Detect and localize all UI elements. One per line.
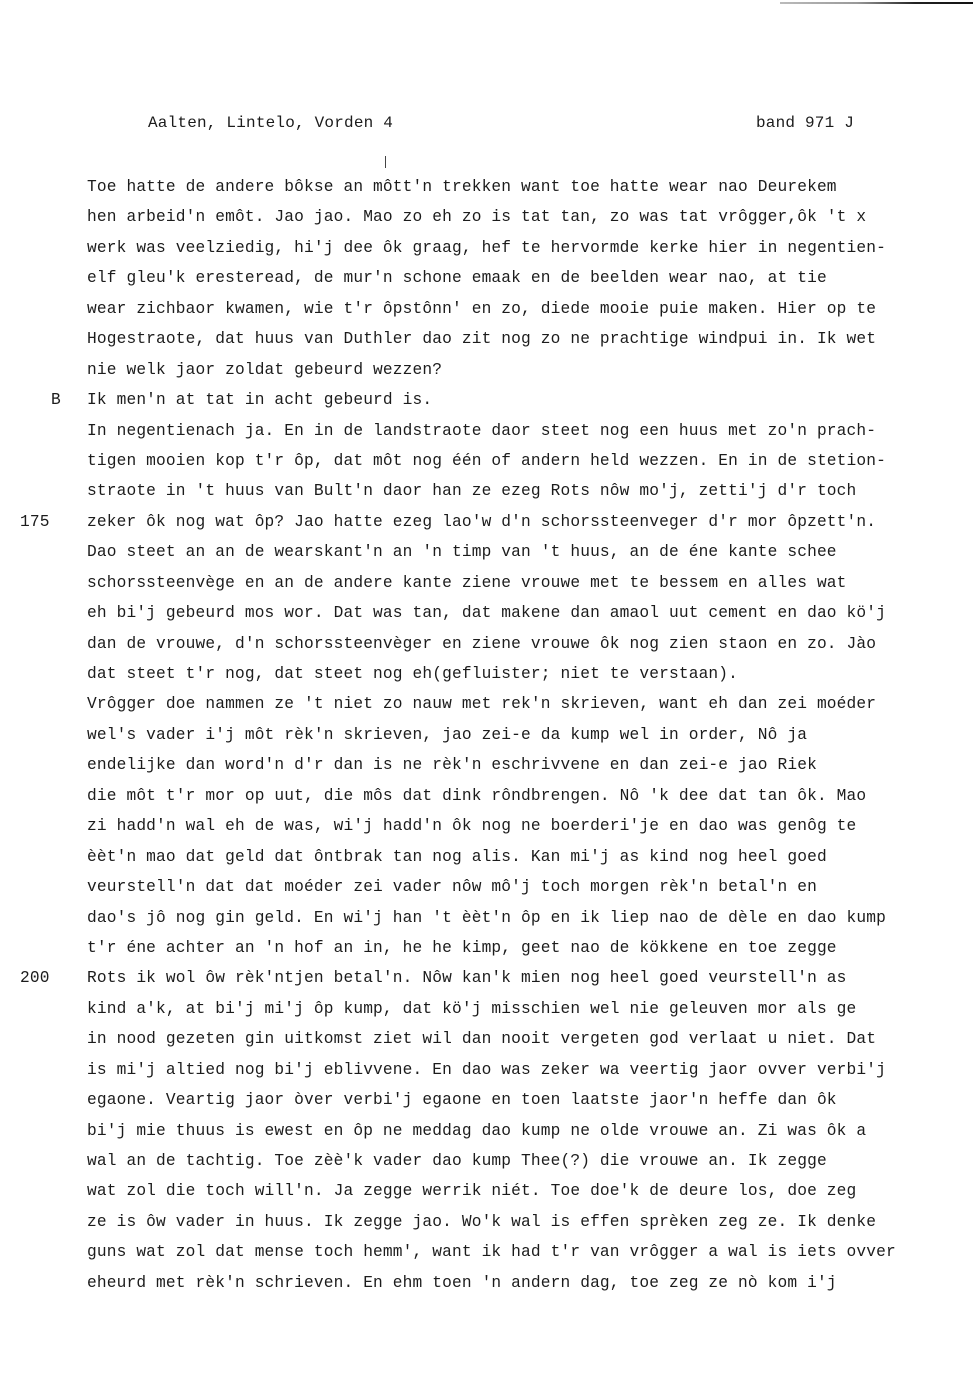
- line-text: èèt'n mao dat geld dat ôntbrak tan nog a…: [87, 842, 827, 872]
- line-text: veurstell'n dat dat moéder zei vader nôw…: [87, 872, 817, 902]
- line-number: 200: [20, 963, 50, 993]
- transcript-line: schorssteenvège en an de andere kante zi…: [0, 568, 973, 598]
- line-text: Vrôgger doe nammen ze 't niet zo nauw me…: [87, 689, 876, 719]
- transcript-line: wat zol die toch will'n. Ja zegge werrik…: [0, 1176, 973, 1206]
- transcript-line: hen arbeid'n emôt. Jao jao. Mao zo eh zo…: [0, 202, 973, 232]
- line-text: In negentienach ja. En in de landstraote…: [87, 416, 876, 446]
- line-text: eh bi'j gebeurd mos wor. Dat was tan, da…: [87, 598, 886, 628]
- transcript-line: kind a'k, at bi'j mi'j ôp kump, dat kö'j…: [0, 994, 973, 1024]
- line-text: wat zol die toch will'n. Ja zegge werrik…: [87, 1176, 856, 1206]
- transcript-line: ze is ôw vader in huus. Ik zegge jao. Wo…: [0, 1207, 973, 1237]
- line-text: t'r éne achter an 'n hof an in, he he ki…: [87, 933, 837, 963]
- transcript-body: Toe hatte de andere bôkse an môtt'n trek…: [0, 172, 973, 1298]
- line-text: wear zichbaor kwamen, wie t'r ôpstônn' e…: [87, 294, 876, 324]
- line-text: elf gleu'k eresteread, de mur'n schone e…: [87, 263, 827, 293]
- line-text: bi'j mie thuus is ewest en ôp ne meddag …: [87, 1116, 866, 1146]
- transcript-line: egaone. Veartig jaor òver verbi'j egaone…: [0, 1085, 973, 1115]
- line-text: wel's vader i'j môt rèk'n skrieven, jao …: [87, 720, 807, 750]
- transcript-line: die môt t'r mor op uut, die môs dat dink…: [0, 781, 973, 811]
- transcript-line: veurstell'n dat dat moéder zei vader nôw…: [0, 872, 973, 902]
- line-text: schorssteenvège en an de andere kante zi…: [87, 568, 847, 598]
- transcript-line: In negentienach ja. En in de landstraote…: [0, 416, 973, 446]
- line-text: guns wat zol dat mense toch hemm', want …: [87, 1237, 896, 1267]
- tape-band-label: band 971 J: [756, 114, 854, 132]
- line-text: straote in 't huus van Bult'n daor han z…: [87, 476, 856, 506]
- line-text: wal an de tachtig. Toe zèè'k vader dao k…: [87, 1146, 827, 1176]
- transcript-line: wel's vader i'j môt rèk'n skrieven, jao …: [0, 720, 973, 750]
- transcript-line: eh bi'j gebeurd mos wor. Dat was tan, da…: [0, 598, 973, 628]
- line-text: egaone. Veartig jaor òver verbi'j egaone…: [87, 1085, 837, 1115]
- line-text: in nood gezeten gin uitkomst ziet wil da…: [87, 1024, 876, 1054]
- line-text: is mi'j altied nog bi'j eblivvene. En da…: [87, 1055, 886, 1085]
- transcript-line: straote in 't huus van Bult'n daor han z…: [0, 476, 973, 506]
- speaker-marker: B: [51, 385, 61, 415]
- line-text: Toe hatte de andere bôkse an môtt'n trek…: [87, 172, 837, 202]
- transcript-line: bi'j mie thuus is ewest en ôp ne meddag …: [0, 1116, 973, 1146]
- transcript-line: dao's jô nog gin geld. En wi'j han 't èè…: [0, 903, 973, 933]
- line-text: ze is ôw vader in huus. Ik zegge jao. Wo…: [87, 1207, 876, 1237]
- transcript-line: wal an de tachtig. Toe zèè'k vader dao k…: [0, 1146, 973, 1176]
- line-text: die môt t'r mor op uut, die môs dat dink…: [87, 781, 866, 811]
- transcript-line: BIk men'n at tat in acht gebeurd is.: [0, 385, 973, 415]
- transcript-line: in nood gezeten gin uitkomst ziet wil da…: [0, 1024, 973, 1054]
- transcript-line: zi hadd'n wal eh de was, wi'j hadd'n ôk …: [0, 811, 973, 841]
- transcript-line: 200Rots ik wol ôw rèk'ntjen betal'n. Nôw…: [0, 963, 973, 993]
- top-edge-rule: [780, 2, 973, 4]
- line-text: tigen mooien kop t'r ôp, dat môt nog één…: [87, 446, 886, 476]
- transcript-line: eheurd met rèk'n schrieven. En ehm toen …: [0, 1268, 973, 1298]
- transcript-line: werk was veelziedig, hi'j dee ôk graag, …: [0, 233, 973, 263]
- transcript-line: t'r éne achter an 'n hof an in, he he ki…: [0, 933, 973, 963]
- line-text: kind a'k, at bi'j mi'j ôp kump, dat kö'j…: [87, 994, 856, 1024]
- line-text: Hogestraote, dat huus van Duthler dao zi…: [87, 324, 876, 354]
- location-heading: Aalten, Lintelo, Vorden 4: [148, 114, 393, 132]
- transcript-line: is mi'j altied nog bi'j eblivvene. En da…: [0, 1055, 973, 1085]
- line-text: Ik men'n at tat in acht gebeurd is.: [87, 385, 432, 415]
- line-text: werk was veelziedig, hi'j dee ôk graag, …: [87, 233, 886, 263]
- transcript-line: dat steet t'r nog, dat steet nog eh(gefl…: [0, 659, 973, 689]
- line-text: zi hadd'n wal eh de was, wi'j hadd'n ôk …: [87, 811, 856, 841]
- line-text: dat steet t'r nog, dat steet nog eh(gefl…: [87, 659, 738, 689]
- line-text: Dao steet an an de wearskant'n an 'n tim…: [87, 537, 837, 567]
- line-number: 175: [20, 507, 50, 537]
- line-text: endelijke dan word'n d'r dan is ne rèk'n…: [87, 750, 817, 780]
- transcript-line: Toe hatte de andere bôkse an môtt'n trek…: [0, 172, 973, 202]
- transcript-line: wear zichbaor kwamen, wie t'r ôpstônn' e…: [0, 294, 973, 324]
- transcript-line: guns wat zol dat mense toch hemm', want …: [0, 1237, 973, 1267]
- transcript-line: endelijke dan word'n d'r dan is ne rèk'n…: [0, 750, 973, 780]
- transcript-line: elf gleu'k eresteread, de mur'n schone e…: [0, 263, 973, 293]
- transcript-line: Vrôgger doe nammen ze 't niet zo nauw me…: [0, 689, 973, 719]
- line-text: zeker ôk nog wat ôp? Jao hatte ezeg lao'…: [87, 507, 876, 537]
- transcript-line: tigen mooien kop t'r ôp, dat môt nog één…: [0, 446, 973, 476]
- text-cursor-mark: [385, 156, 386, 168]
- line-text: Rots ik wol ôw rèk'ntjen betal'n. Nôw ka…: [87, 963, 847, 993]
- transcript-line: èèt'n mao dat geld dat ôntbrak tan nog a…: [0, 842, 973, 872]
- transcript-line: Dao steet an an de wearskant'n an 'n tim…: [0, 537, 973, 567]
- transcript-line: dan de vrouwe, d'n schorssteenvèger en z…: [0, 629, 973, 659]
- line-text: dan de vrouwe, d'n schorssteenvèger en z…: [87, 629, 876, 659]
- line-text: dao's jô nog gin geld. En wi'j han 't èè…: [87, 903, 886, 933]
- transcript-line: nie welk jaor zoldat gebeurd wezzen?: [0, 355, 973, 385]
- line-text: hen arbeid'n emôt. Jao jao. Mao zo eh zo…: [87, 202, 866, 232]
- transcript-line: Hogestraote, dat huus van Duthler dao zi…: [0, 324, 973, 354]
- transcript-line: 175zeker ôk nog wat ôp? Jao hatte ezeg l…: [0, 507, 973, 537]
- line-text: nie welk jaor zoldat gebeurd wezzen?: [87, 355, 442, 385]
- line-text: eheurd met rèk'n schrieven. En ehm toen …: [87, 1268, 837, 1298]
